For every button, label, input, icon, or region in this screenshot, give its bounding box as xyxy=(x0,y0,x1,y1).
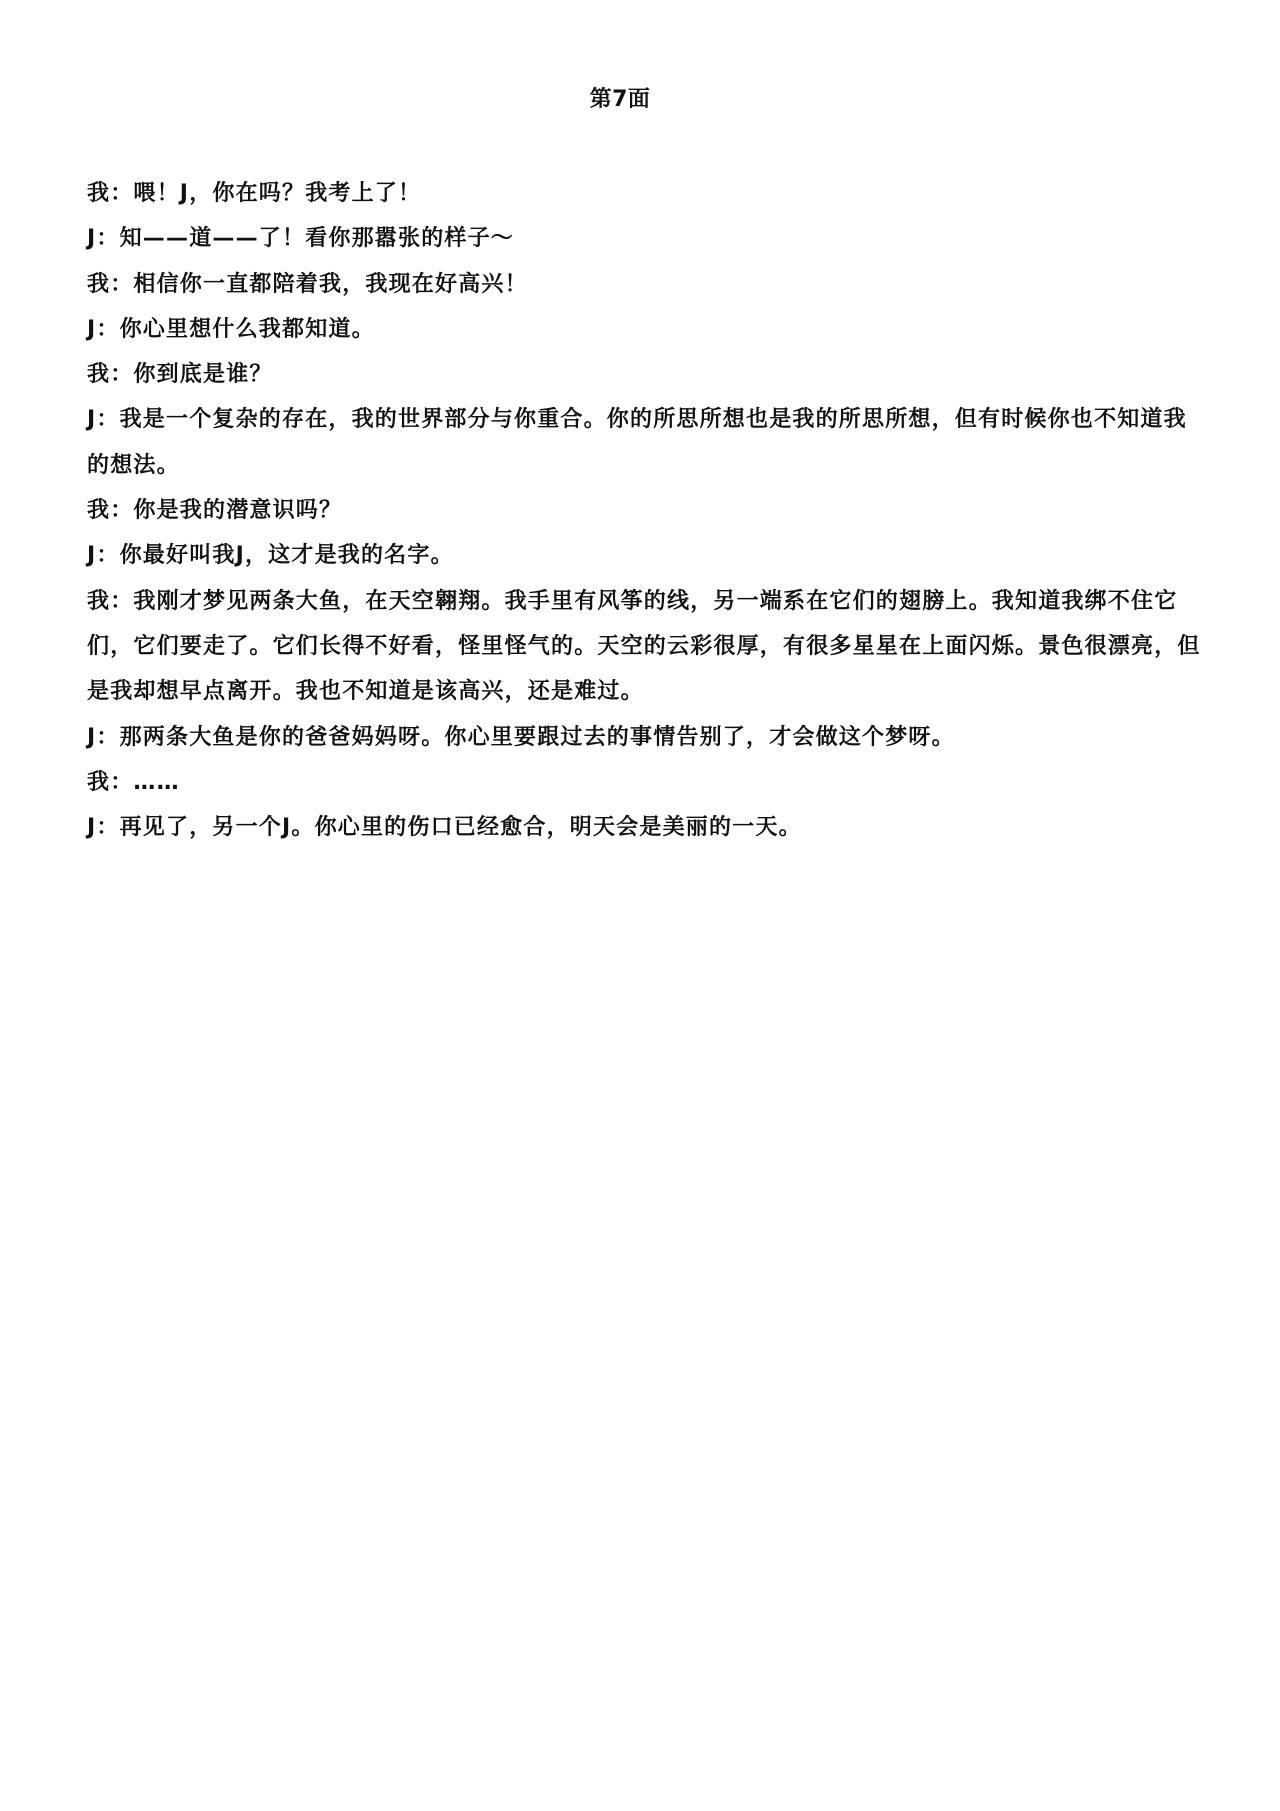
speaker-label: 我 xyxy=(87,770,110,795)
dialogue-line: J：那两条大鱼是你的爸爸妈妈呀。你心里要跟过去的事情告别了，才会做这个梦呀。 xyxy=(87,715,1202,760)
speaker-label: 我 xyxy=(87,181,110,206)
colon: ： xyxy=(110,272,133,297)
dialogue-line: 我：你到底是谁？ xyxy=(87,352,1202,397)
dialogue-line: 我：我刚才梦见两条大鱼，在天空翱翔。我手里有风筝的线，另一端系在它们的翅膀上。我… xyxy=(87,579,1202,715)
dialogue-list: 我：喂！J，你在吗？我考上了！ J：知——道——了！看你那嚣张的样子～ 我：相信… xyxy=(87,171,1202,850)
colon: ： xyxy=(96,407,119,432)
speaker-label: 我 xyxy=(87,362,110,387)
colon: ： xyxy=(96,815,119,840)
speaker-label: J xyxy=(87,317,96,342)
dialogue-line: J：再见了，另一个J。你心里的伤口已经愈合，明天会是美丽的一天。 xyxy=(87,805,1202,850)
colon: ： xyxy=(96,543,119,568)
speaker-label: J xyxy=(87,407,96,432)
speaker-label: J xyxy=(87,725,96,750)
colon: ： xyxy=(110,589,133,614)
colon: ： xyxy=(110,362,133,387)
colon: ： xyxy=(96,725,119,750)
speaker-label: J xyxy=(87,226,96,251)
dialogue-line: 我：…… xyxy=(87,760,1202,805)
dialogue-line: J：知——道——了！看你那嚣张的样子～ xyxy=(87,216,1202,261)
speaker-label: 我 xyxy=(87,272,110,297)
page-title: 第7面 xyxy=(0,82,1240,113)
dialogue-text: 你是我的潜意识吗？ xyxy=(133,498,342,523)
dialogue-text: 相信你一直都陪着我，我现在好高兴！ xyxy=(133,272,527,297)
dialogue-text: 那两条大鱼是你的爸爸妈妈呀。你心里要跟过去的事情告别了，才会做这个梦呀。 xyxy=(120,725,955,750)
speaker-label: J xyxy=(87,815,96,840)
speaker-label: 我 xyxy=(87,498,110,523)
dialogue-text: 你最好叫我J，这才是我的名字。 xyxy=(120,543,454,568)
dialogue-text: 你心里想什么我都知道。 xyxy=(120,317,375,342)
dialogue-line: 我：你是我的潜意识吗？ xyxy=(87,488,1202,533)
colon: ： xyxy=(110,181,133,206)
dialogue-text: …… xyxy=(133,770,179,795)
dialogue-text: 我是一个复杂的存在，我的世界部分与你重合。你的所思所想也是我的所思所想，但有时候… xyxy=(87,407,1187,477)
dialogue-text: 我刚才梦见两条大鱼，在天空翱翔。我手里有风筝的线，另一端系在它们的翅膀上。我知道… xyxy=(87,589,1201,705)
dialogue-line: 我：喂！J，你在吗？我考上了！ xyxy=(87,171,1202,216)
colon: ： xyxy=(110,770,133,795)
dialogue-text: 再见了，另一个J。你心里的伤口已经愈合，明天会是美丽的一天。 xyxy=(120,815,802,840)
colon: ： xyxy=(96,226,119,251)
dialogue-line: J：你最好叫我J，这才是我的名字。 xyxy=(87,533,1202,578)
dialogue-line: J：你心里想什么我都知道。 xyxy=(87,307,1202,352)
colon: ： xyxy=(110,498,133,523)
speaker-label: J xyxy=(87,543,96,568)
colon: ： xyxy=(96,317,119,342)
dialogue-text: 知——道——了！看你那嚣张的样子～ xyxy=(120,226,514,251)
dialogue-text: 你到底是谁？ xyxy=(133,362,272,387)
dialogue-line: J：我是一个复杂的存在，我的世界部分与你重合。你的所思所想也是我的所思所想，但有… xyxy=(87,397,1202,488)
speaker-label: 我 xyxy=(87,589,110,614)
dialogue-text: 喂！J，你在吗？我考上了！ xyxy=(133,181,421,206)
dialogue-line: 我：相信你一直都陪着我，我现在好高兴！ xyxy=(87,262,1202,307)
